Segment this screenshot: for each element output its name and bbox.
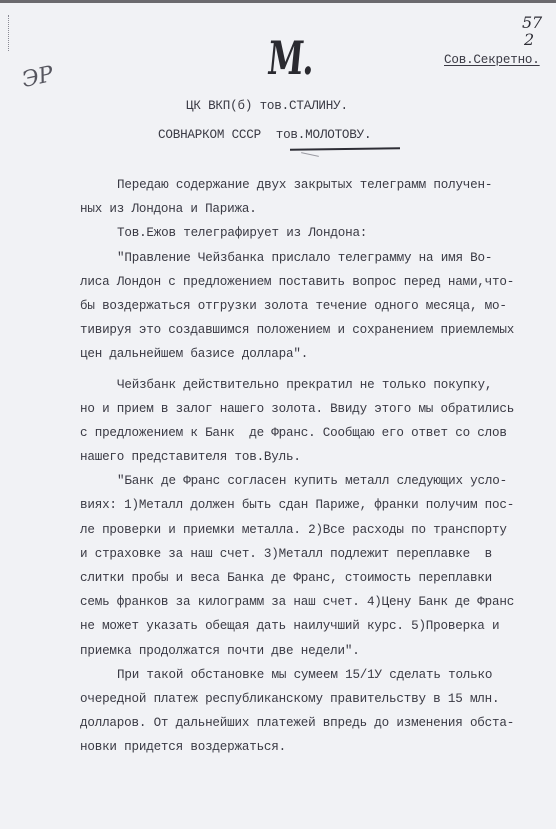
addressee-line-2: СОВНАРКОМ СССР тов.МОЛОТОВУ. [158,128,371,142]
text-line: тивируя это создавшимся положением и сох… [80,318,550,342]
pencil-stroke [301,152,319,157]
text-line: ле проверки и приемки металла. 2)Все рас… [80,518,550,542]
classification-stamp: Сов.Секретно. [444,53,540,67]
text-line: новки придется воздержаться. [80,735,550,759]
handwritten-underline [290,147,400,151]
text-line: очередной платеж республиканскому правит… [80,687,550,711]
text-line: долларов. От дальнейших платежей впредь … [80,711,550,735]
handwritten-resolution-mark: М. [265,31,317,85]
punch-hole-marks [8,15,10,51]
text-line: ных из Лондона и Парижа. [80,197,550,221]
text-line: нашего представителя тов.Вуль. [80,445,550,469]
text-line: бы воздержаться отгрузки золота течение … [80,294,550,318]
page-number: 2 [524,30,534,49]
text-line: и страховке за наш счет. 3)Металл подлеж… [80,542,550,566]
text-line: "Банк де Франс согласен купить металл сл… [80,469,550,493]
text-line: Чейзбанк действительно прекратил не толь… [80,373,550,397]
handwritten-initials: ЭР [20,62,56,93]
addressee-line-1: ЦК ВКП(б) тов.СТАЛИНУ. [186,99,348,113]
text-line: с предложением к Банк де Франс. Сообщаю … [80,421,550,445]
text-line: Тов.Ежов телеграфирует из Лондона: [80,221,550,245]
text-line: не может указать обещая дать наилучший к… [80,614,550,638]
text-line: слитки пробы и веса Банка де Франс, стои… [80,566,550,590]
text-line: семь франков за килограмм за наш счет. 4… [80,590,550,614]
text-line: Передаю содержание двух закрытых телегра… [80,173,550,197]
text-line: "Правление Чейзбанка прислало телеграмму… [80,246,550,270]
text-line: цен дальнейшем базисе доллара". [80,342,550,366]
document-page: 57 2 М. ЭР Сов.Секретно. ЦК ВКП(б) тов.С… [0,0,556,829]
text-line: лиса Лондон с предложением поставить воп… [80,270,550,294]
text-line: приемка продолжатся почти две недели". [80,639,550,663]
letter-body: Передаю содержание двух закрытых телегра… [80,173,550,760]
text-line: При такой обстановке мы сумеем 15/1У сде… [80,663,550,687]
text-line: виях: 1)Металл должен быть сдан Париже, … [80,493,550,517]
text-line: но и прием в залог нашего золота. Ввиду … [80,397,550,421]
